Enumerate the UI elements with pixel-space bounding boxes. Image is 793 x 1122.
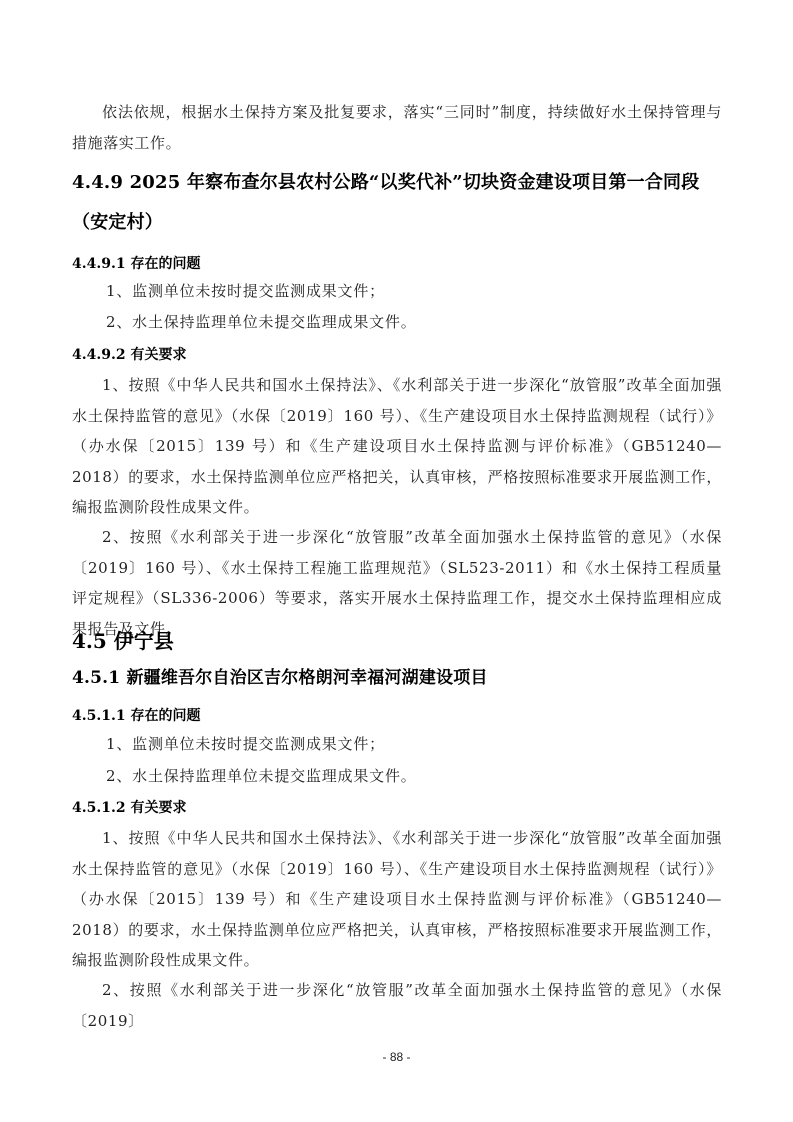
issue-item: 1、监测单位未按时提交监测成果文件；: [72, 733, 756, 754]
subsection-heading-requirements: 4.5.1.2 有关要求: [72, 797, 722, 817]
section-heading-4-5-1: 4.5.1 新疆维吾尔自治区吉尔格朗河幸福河湖建设项目: [72, 664, 722, 692]
requirement-paragraph: 2、按照《水利部关于进一步深化“放管服”改革全面加强水土保持监管的意见》（水保〔…: [72, 975, 722, 1036]
subsection-heading-issues: 4.5.1.1 存在的问题: [72, 705, 722, 725]
subsection-heading-issues: 4.4.9.1 存在的问题: [72, 253, 722, 273]
subsection-heading-requirements: 4.4.9.2 有关要求: [72, 344, 722, 364]
section-heading-4-5: 4.5 伊宁县: [72, 625, 722, 654]
document-page: 依法依规，根据水土保持方案及批复要求，落实“三同时”制度，持续做好水土保持管理与…: [0, 0, 793, 1122]
issue-item: 2、水土保持监理单位未提交监理成果文件。: [72, 311, 756, 332]
intro-paragraph: 依法依规，根据水土保持方案及批复要求，落实“三同时”制度，持续做好水土保持管理与…: [72, 97, 722, 158]
issue-item: 1、监测单位未按时提交监测成果文件；: [72, 280, 756, 301]
issue-item: 2、水土保持监理单位未提交监理成果文件。: [72, 765, 756, 786]
requirement-paragraph: 1、按照《中华人民共和国水土保持法》、《水利部关于进一步深化“放管服”改革全面加…: [72, 370, 722, 523]
requirement-paragraph: 1、按照《中华人民共和国水土保持法》、《水利部关于进一步深化“放管服”改革全面加…: [72, 823, 722, 976]
section-heading-4-4-9: 4.4.9 2025 年察布查尔县农村公路“以奖代补”切块资金建设项目第一合同段…: [72, 163, 722, 243]
page-number: - 88 -: [0, 1050, 793, 1064]
